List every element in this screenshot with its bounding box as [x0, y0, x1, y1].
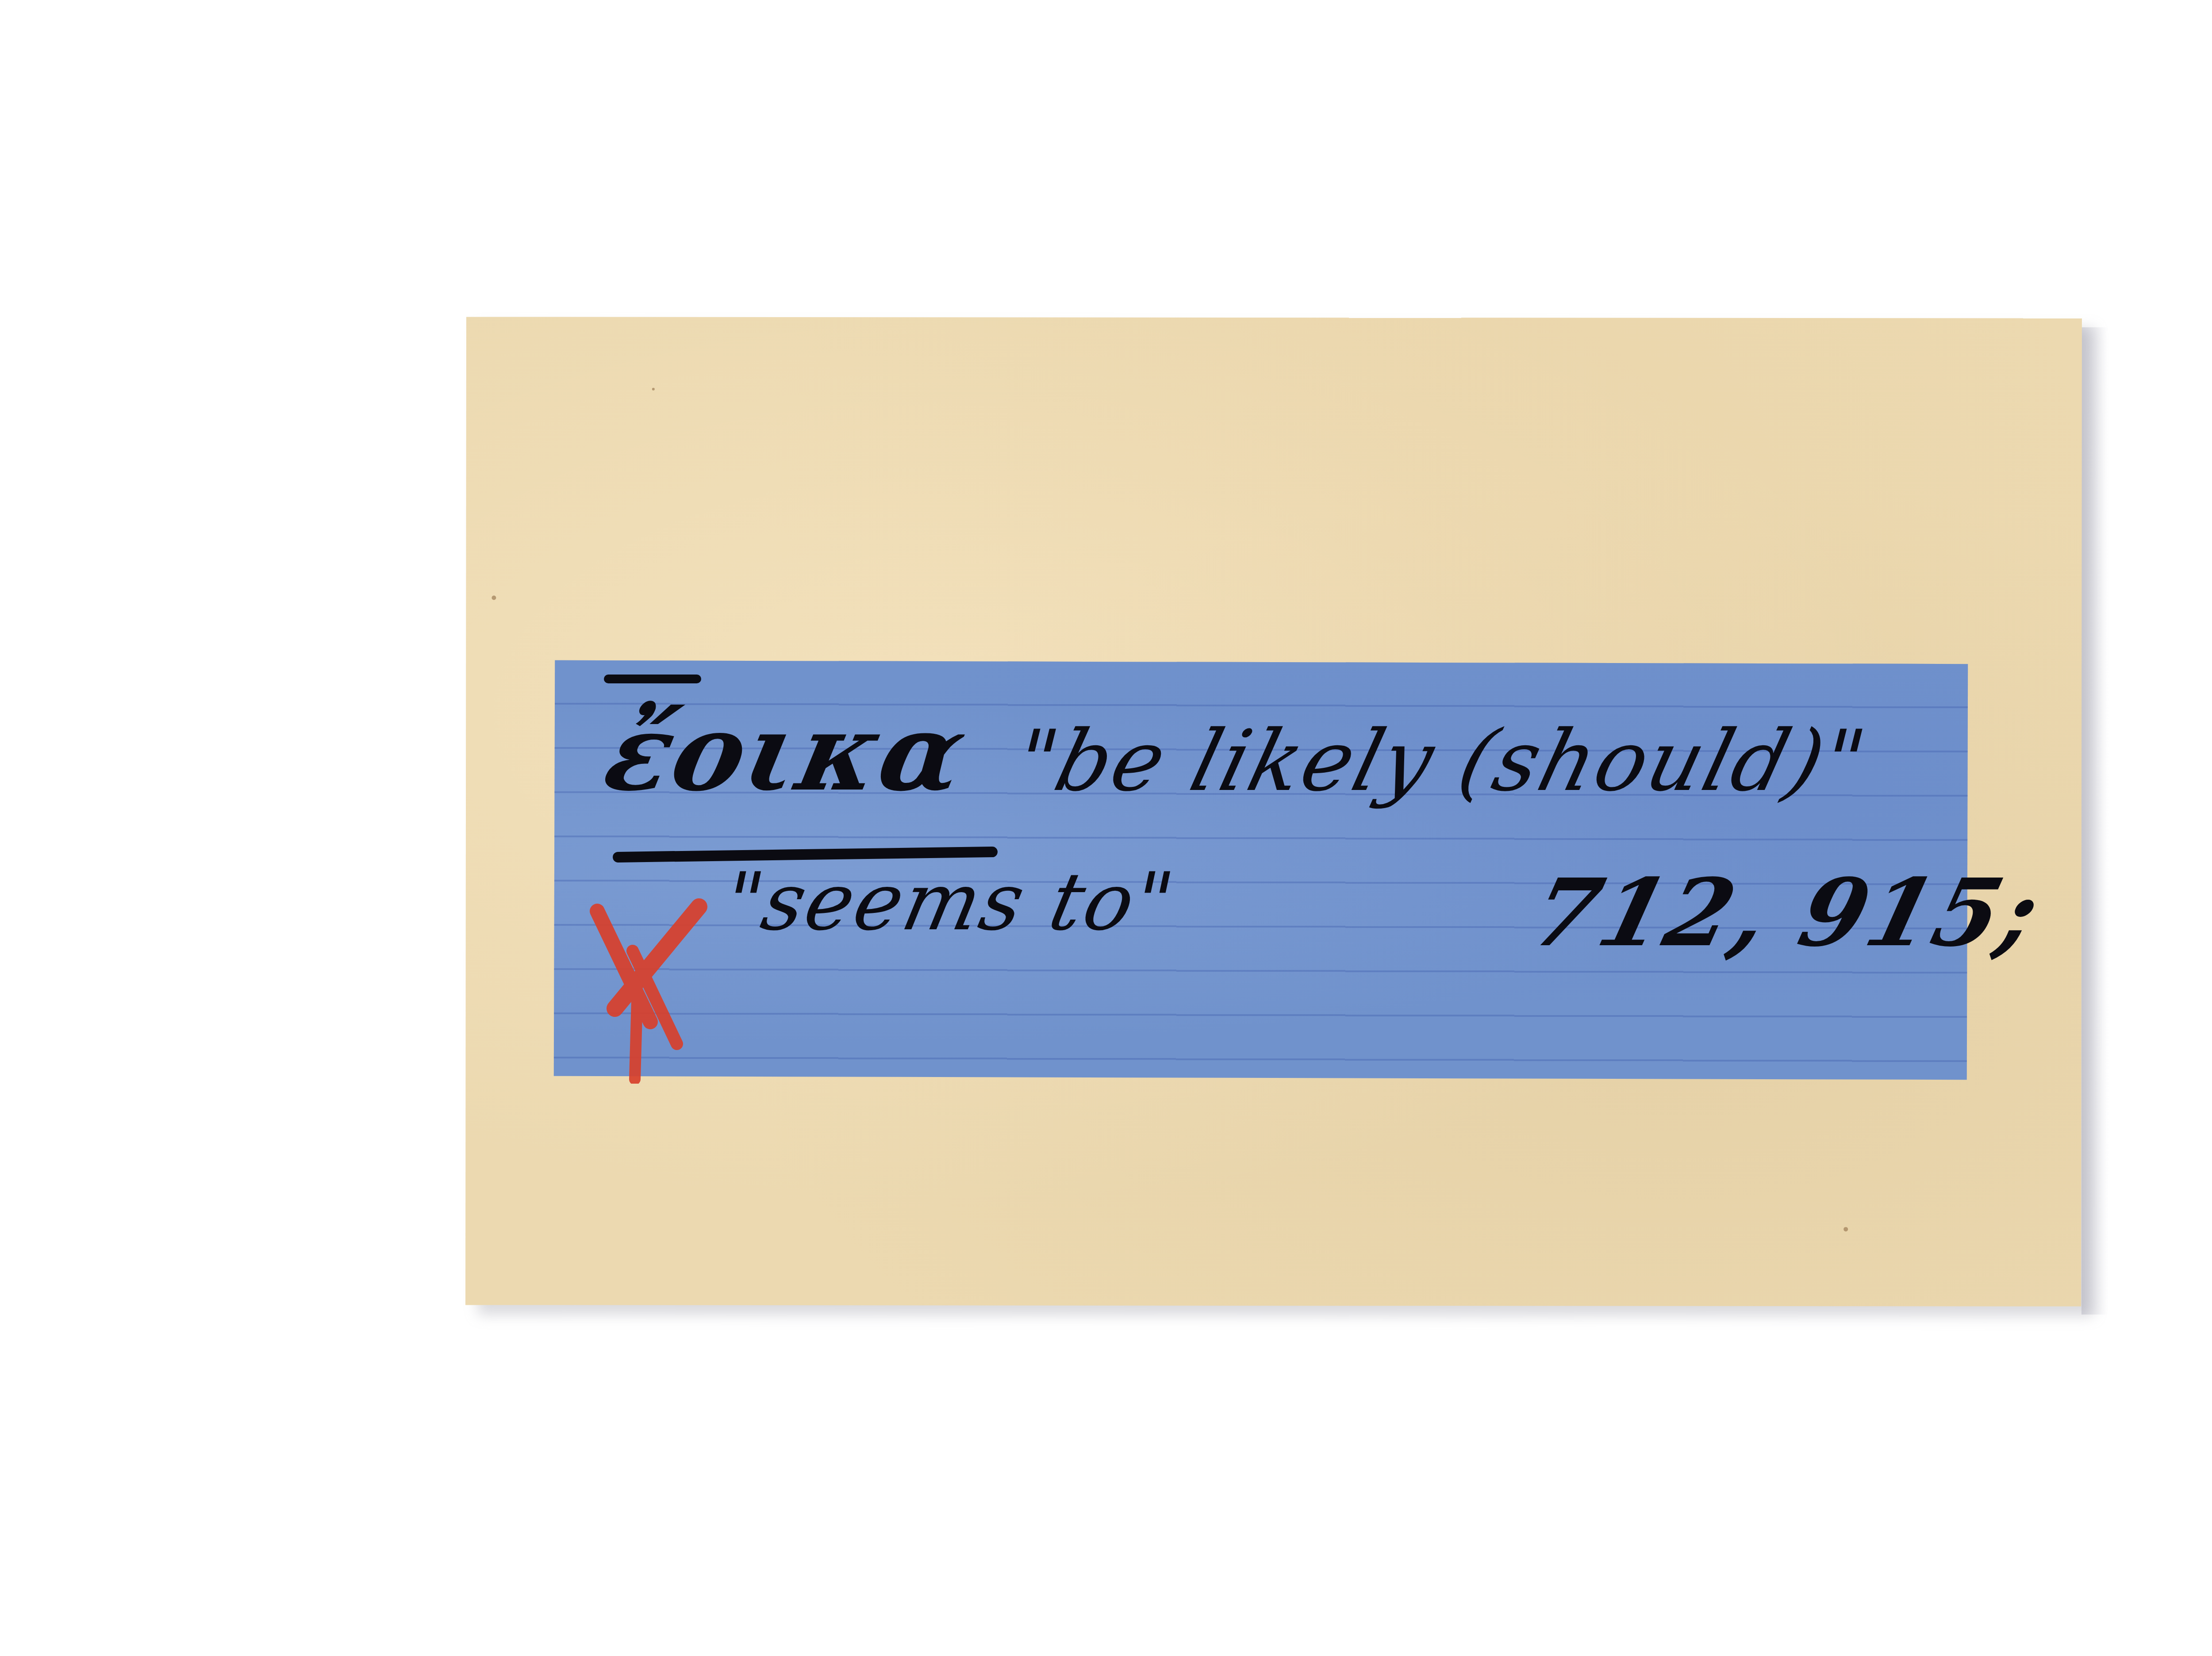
- red-x-mark-icon: [584, 898, 734, 1084]
- reference-numbers: 712, 915;: [1521, 858, 2051, 967]
- headword: ἔοικα: [595, 690, 979, 815]
- overline-mark: [604, 675, 701, 683]
- paper-speck: [492, 595, 496, 600]
- gloss-line-1: "be likely (should)": [1005, 712, 1876, 810]
- card-shadow: [2081, 327, 2108, 1315]
- gloss-line-2: "seems to": [716, 856, 1183, 948]
- paper-speck: [652, 388, 655, 391]
- paper-speck: [1843, 1227, 1848, 1231]
